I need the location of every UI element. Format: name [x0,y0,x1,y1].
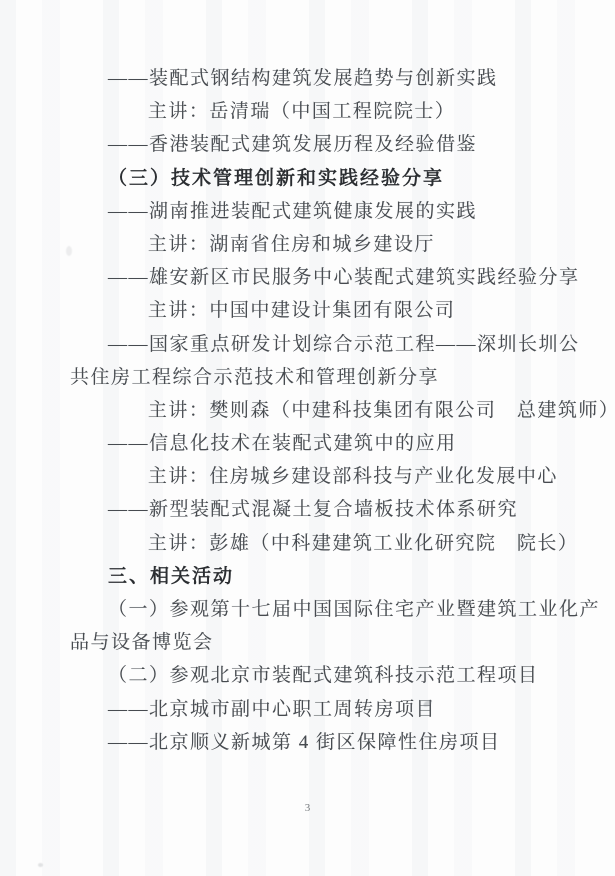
text-line: ——信息化技术在装配式建筑中的应用 [70,427,615,460]
text-line: 共住房工程综合示范技术和管理创新分享 [70,361,615,394]
text-line: 主讲：中国中建设计集团有限公司 [70,294,615,327]
text-line: ——雄安新区市民服务中心装配式建筑实践经验分享 [70,261,615,294]
scan-speck [66,246,72,256]
text-line: 主讲：湖南省住房和城乡建设厅 [70,228,615,261]
text-line: ——装配式钢结构建筑发展趋势与创新实践 [70,62,615,95]
text-line: 主讲：住房城乡建设部科技与产业化发展中心 [70,460,615,493]
scan-speck [38,863,43,867]
text-line: ——香港装配式建筑发展历程及经验借鉴 [70,128,615,161]
text-line: （一）参观第十七届中国国际住宅产业暨建筑工业化产 [70,593,615,626]
text-line: ——北京城市副中心职工周转房项目 [70,693,615,726]
text-line: 主讲：彭雄（中科建建筑工业化研究院 院长） [70,527,615,560]
document-page: ——装配式钢结构建筑发展趋势与创新实践主讲：岳清瑞（中国工程院院士）——香港装配… [0,0,615,876]
text-line: （二）参观北京市装配式建筑科技示范工程项目 [70,659,615,692]
text-line: ——湖南推进装配式建筑健康发展的实践 [70,195,615,228]
text-line: 品与设备博览会 [70,626,615,659]
text-line: 主讲：樊则森（中建科技集团有限公司 总建筑师） [70,394,615,427]
text-line: 三、相关活动 [70,560,615,593]
document-body: ——装配式钢结构建筑发展趋势与创新实践主讲：岳清瑞（中国工程院院士）——香港装配… [70,62,615,759]
text-line: ——新型装配式混凝土复合墙板技术体系研究 [70,493,615,526]
text-line: ——国家重点研发计划综合示范工程——深圳长圳公 [70,328,615,361]
text-line: 主讲：岳清瑞（中国工程院院士） [70,95,615,128]
text-line: ——北京顺义新城第 4 街区保障性住房项目 [70,726,615,759]
page-number: 3 [0,802,615,814]
text-line: （三）技术管理创新和实践经验分享 [70,162,615,195]
